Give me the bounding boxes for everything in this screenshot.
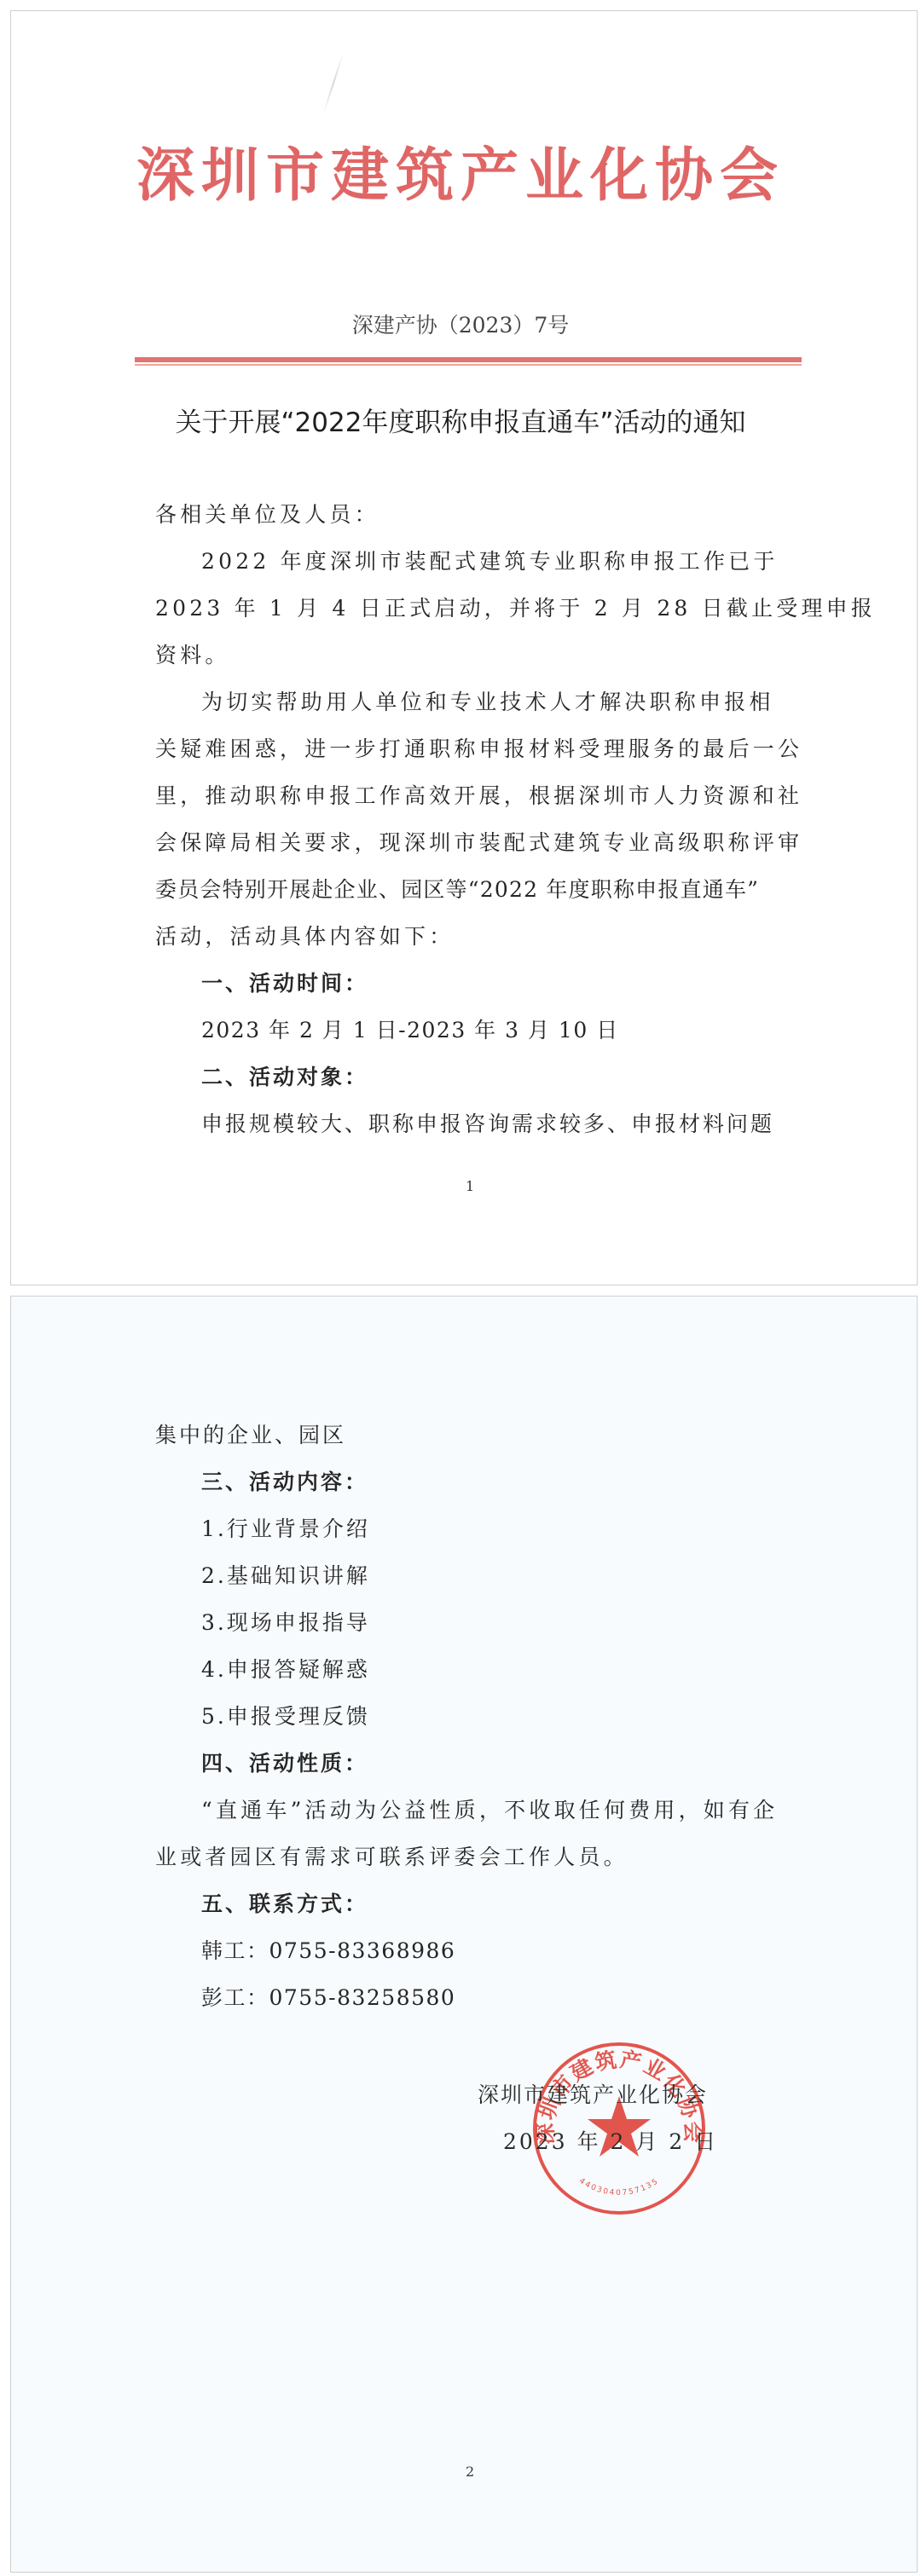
- page-number: 1: [466, 1178, 474, 1194]
- content-item: 4.申报答疑解惑: [201, 1653, 370, 1684]
- paragraph-line: 集中的企业、园区: [155, 1418, 346, 1449]
- contact-peng: 彭工：0755-83258580: [201, 1981, 455, 2012]
- content-item: 1.行业背景介绍: [201, 1512, 370, 1543]
- page-number: 2: [466, 2463, 474, 2480]
- paragraph-line: 申报规模较大、职称申报咨询需求较多、申报材料问题: [201, 1107, 774, 1138]
- red-header-rule-thin: [135, 364, 802, 366]
- section-heading-target: 二、活动对象：: [201, 1060, 368, 1091]
- document-page-2: [10, 1296, 918, 2573]
- red-header-rule: [135, 357, 802, 362]
- paragraph-line: 2022 年度深圳市装配式建筑专业职称申报工作已于: [201, 545, 779, 575]
- signature-date: 2023 年 2 月 2 日: [503, 2125, 718, 2156]
- section-heading-time: 一、活动时间：: [201, 967, 368, 997]
- section-heading-contact: 五、联系方式：: [201, 1887, 368, 1918]
- paragraph-line: 关疑难困惑，进一步打通职称申报材料受理服务的最后一公: [155, 732, 802, 763]
- paragraph-line: 业或者园区有需求可联系评委会工作人员。: [155, 1840, 628, 1871]
- paragraph-line: 委员会特别开展赴企业、园区等“2022 年度职称申报直通车”: [155, 873, 759, 904]
- content-item: 3.现场申报指导: [201, 1606, 370, 1637]
- letterhead-organization: 深圳市建筑产业化协会: [0, 130, 921, 212]
- paragraph-line: 为切实帮助用人单位和专业技术人才解决职称申报相: [201, 685, 774, 716]
- activity-dates: 2023 年 2 月 1 日-2023 年 3 月 10 日: [201, 1014, 619, 1044]
- signature-organization: 深圳市建筑产业化协会: [478, 2078, 708, 2109]
- salutation: 各相关单位及人员：: [155, 498, 379, 528]
- document-number: 深建产协（2023）7号: [0, 309, 921, 339]
- svg-text:4403040757135: 4403040757135: [577, 2177, 661, 2198]
- paragraph-line: 活动，活动具体内容如下：: [155, 920, 454, 950]
- paragraph-line: 资料。: [155, 638, 230, 669]
- contact-han: 韩工：0755-83368986: [201, 1934, 455, 1965]
- paragraph-line: 会保障局相关要求，现深圳市装配式建筑专业高级职称评审: [155, 826, 802, 857]
- paragraph-line: 里，推动职称申报工作高效开展，根据深圳市人力资源和社: [155, 779, 802, 810]
- section-heading-nature: 四、活动性质：: [201, 1747, 368, 1777]
- section-heading-content: 三、活动内容：: [201, 1465, 368, 1496]
- paragraph-line: 2023 年 1 月 4 日正式启动，并将于 2 月 28 日截止受理申报: [155, 592, 876, 622]
- content-item: 2.基础知识讲解: [201, 1559, 370, 1590]
- content-item: 5.申报受理反馈: [201, 1700, 370, 1730]
- paragraph-line: “直通车”活动为公益性质，不收取任何费用，如有企: [201, 1793, 778, 1824]
- notice-title: 关于开展“2022年度职称申报直通车”活动的通知: [0, 401, 921, 439]
